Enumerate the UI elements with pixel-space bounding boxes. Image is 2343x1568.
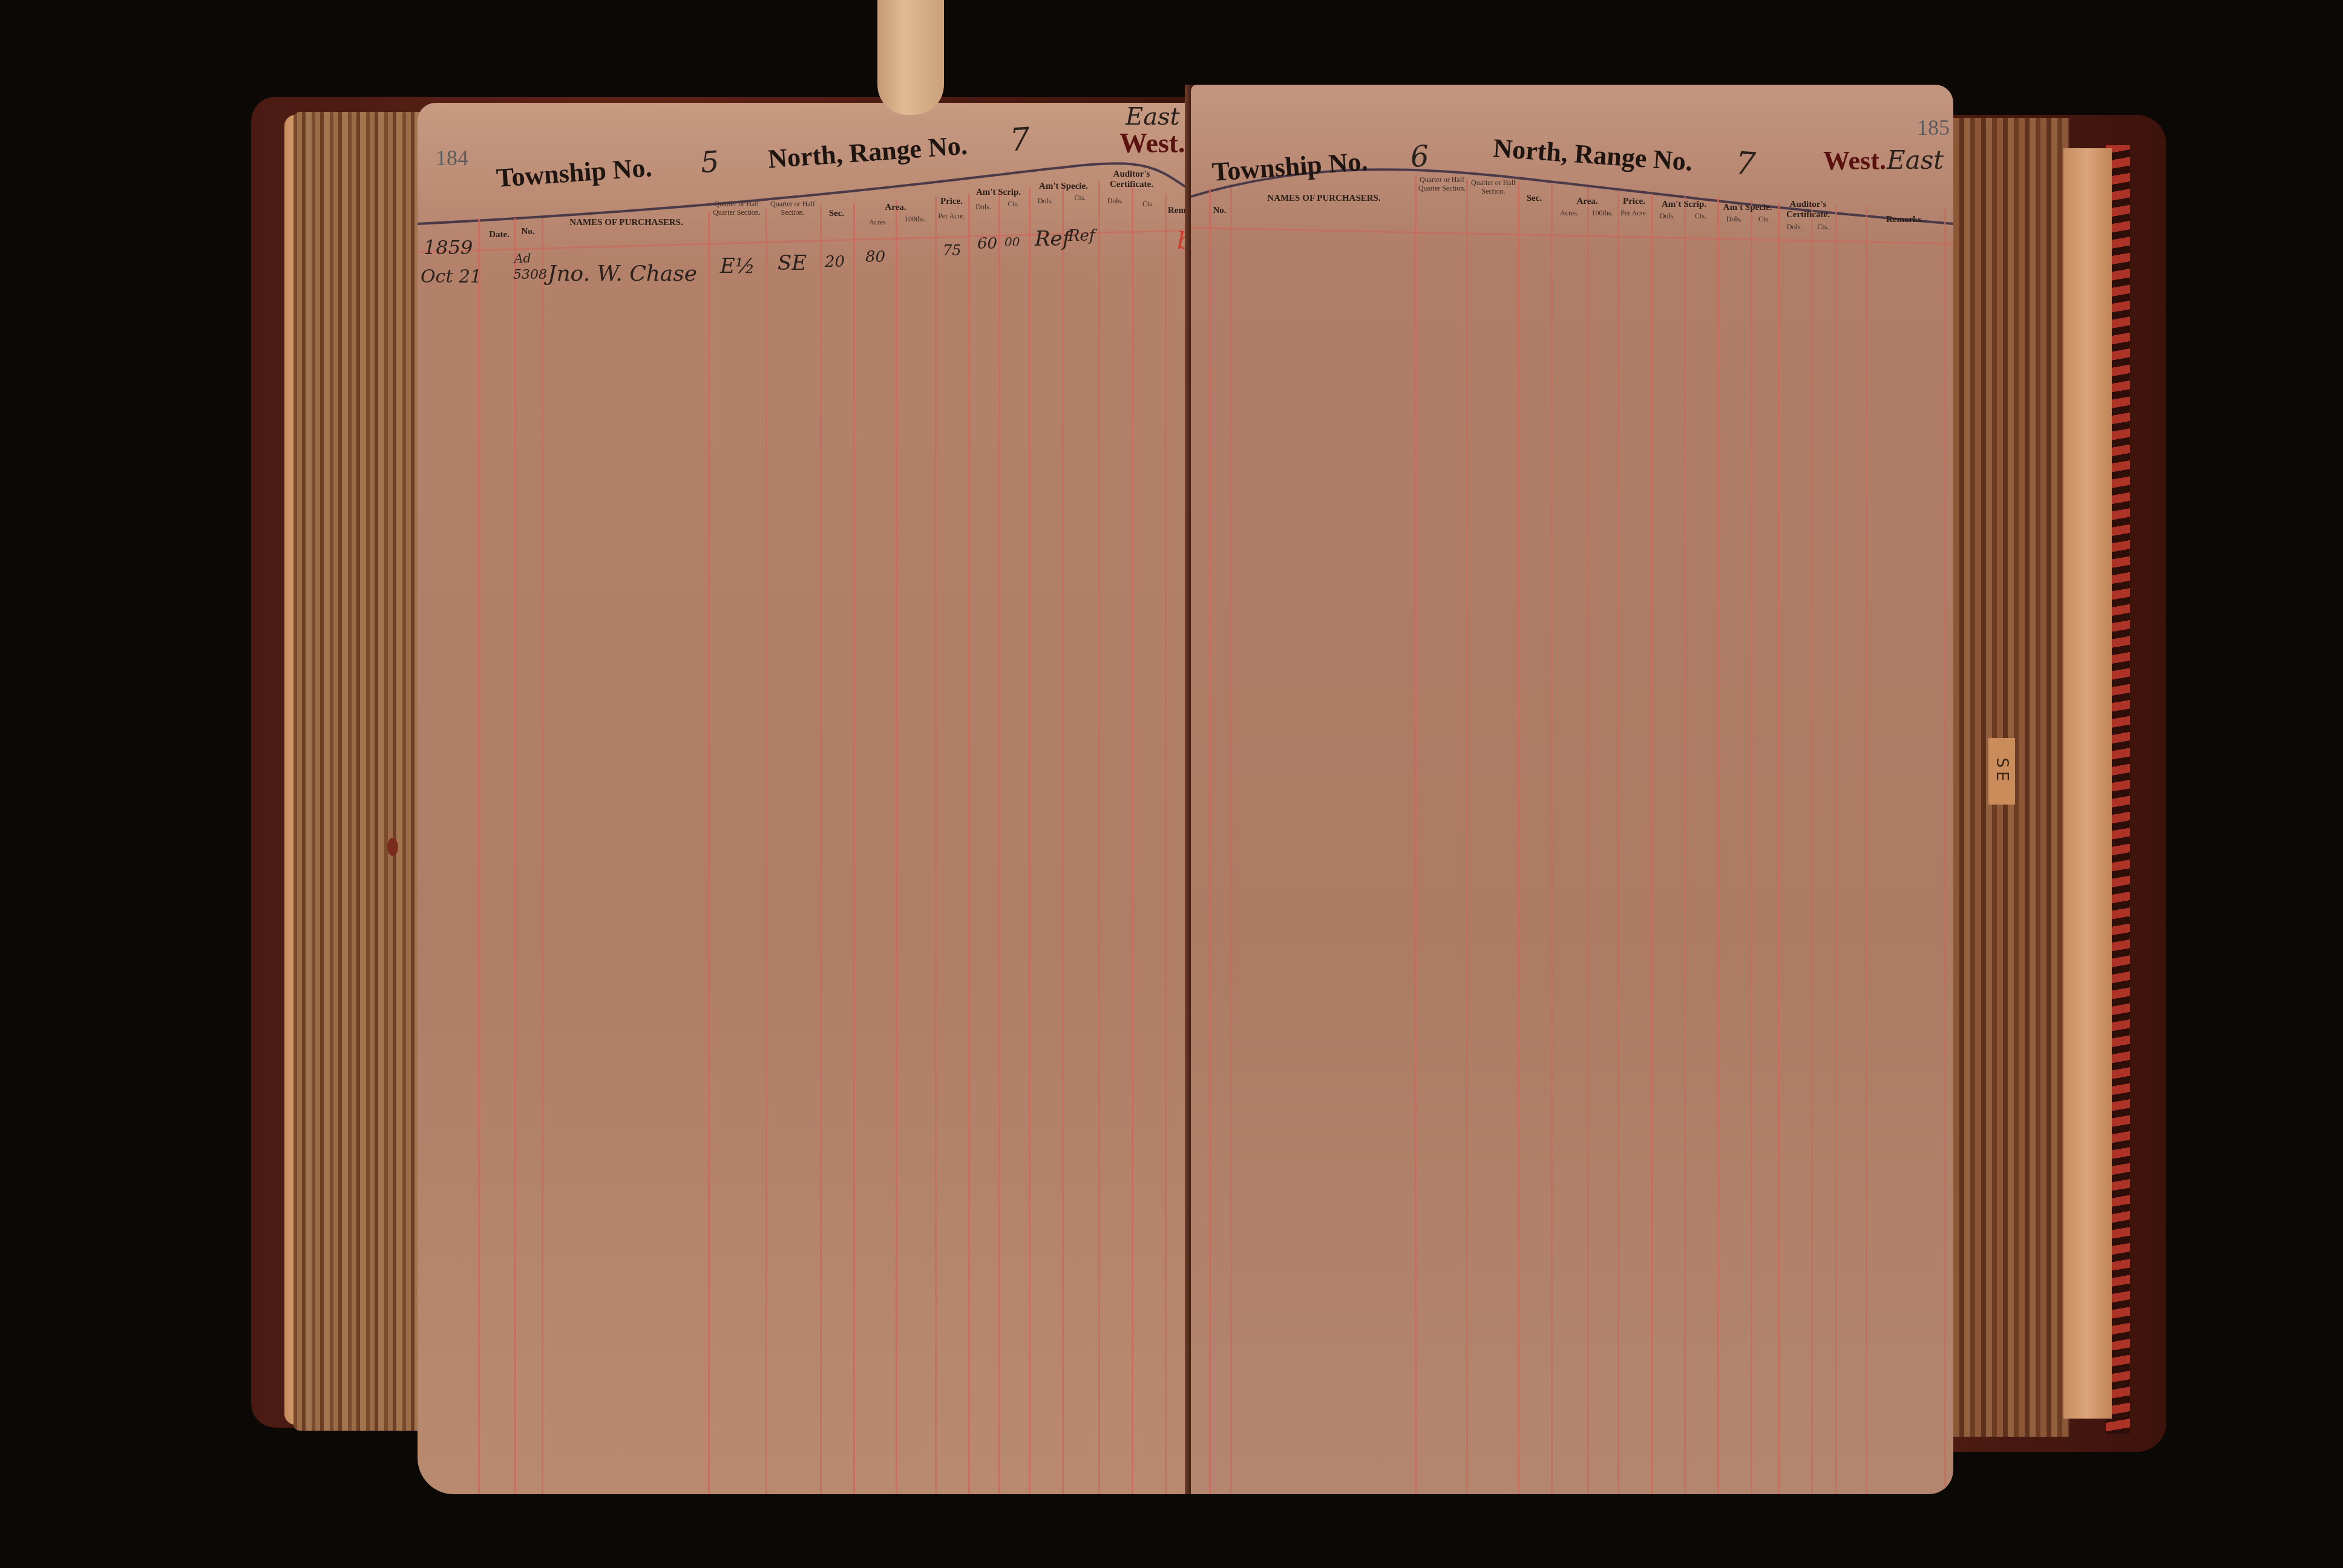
col-area: Area. (1554, 197, 1620, 207)
col-price-per-acre: Per Acre. (1617, 209, 1651, 217)
col-area-100ths: 100ths. (1587, 209, 1617, 217)
column-rule (478, 218, 480, 1494)
col-price: Price. (1617, 197, 1651, 207)
col-price: Price. (935, 197, 968, 207)
col-scrip-cts: Cts. (1684, 212, 1717, 220)
column-rule (1029, 188, 1031, 1494)
col-auditor-certificate: Auditor's Certificate. (1781, 200, 1835, 220)
column-rule (935, 197, 937, 1494)
col-specie-dols: Dols. (1029, 197, 1062, 205)
col-purchaser: NAMES OF PURCHASERS. (1236, 194, 1412, 204)
col-sec: Sec. (1518, 194, 1551, 204)
column-rule (1778, 203, 1780, 1494)
column-rule (1717, 197, 1719, 1494)
col-specie-cts: Cts. (1062, 194, 1098, 202)
page-number: 184 (436, 145, 468, 171)
col-quarter-half-quarter: Quarter or Half Quarter Section. (711, 200, 762, 217)
col-auditor-dols: Dols. (1098, 197, 1132, 205)
index-tab-label: SE (1993, 758, 2011, 785)
column-rule (1466, 178, 1468, 1494)
col-remarks: Remarks. (1869, 215, 1941, 225)
entry-purchaser: Jno. W. Chase (548, 261, 697, 286)
entry-acres: 80 (865, 248, 885, 266)
col-area: Area. (862, 203, 929, 213)
column-rule (1617, 191, 1619, 1494)
column-rule (1415, 175, 1417, 1494)
column-rule (1165, 194, 1167, 1494)
entry-section: 20 (825, 253, 845, 271)
entry-quarter-half-quarter: E½ (720, 254, 755, 278)
township-number: 5 (700, 145, 720, 180)
index-tab-se[interactable]: SE (1988, 738, 2015, 805)
right-endpaper (2063, 148, 2112, 1419)
col-area-acres: Acres. (1553, 209, 1586, 217)
column-rule (1684, 197, 1686, 1494)
column-rule (1132, 188, 1133, 1494)
page-number: 185 (1917, 115, 1950, 140)
entry-scrip-cts: 00 (1004, 235, 1020, 249)
column-rule (968, 194, 970, 1494)
col-quarter-half-quarter: Quarter or Half Quarter Section. (1418, 175, 1466, 192)
entry-specie-dols: Ref (1035, 227, 1070, 251)
col-no: No. (1209, 206, 1230, 216)
column-rule (1751, 200, 1752, 1494)
column-rule (542, 218, 543, 1494)
column-rule (514, 218, 516, 1494)
entry-date: Oct 21 (421, 266, 482, 287)
column-rule (896, 200, 897, 1494)
col-auditor-certificate: Auditor's Certificate. (1098, 169, 1165, 190)
col-specie-cts: Cts. (1751, 215, 1778, 223)
right-ledger-page: 185 Township No. 6 North, Range No. 7 We… (1191, 85, 1953, 1494)
col-auditor-cts: Cts. (1132, 200, 1165, 208)
column-rule (1835, 206, 1837, 1494)
col-quarter-half: Quarter or Half Section. (1469, 178, 1518, 195)
column-rule (1518, 181, 1519, 1494)
col-sec: Sec. (820, 209, 853, 219)
column-rule (1062, 185, 1064, 1494)
col-price-per-acre: Per Acre. (935, 212, 968, 220)
col-specie-dols: Dols. (1717, 215, 1751, 223)
direction-west: West. (1119, 127, 1185, 159)
direction-west: West. (1823, 145, 1886, 176)
bookmark-ribbon[interactable] (877, 0, 944, 115)
column-rule (1209, 188, 1211, 1494)
col-date: Date. (484, 230, 514, 240)
entry-scrip-dols: 60 (977, 235, 997, 253)
column-rule (820, 206, 822, 1494)
col-scrip: Am't Scrip. (968, 188, 1029, 198)
column-rule (1551, 185, 1553, 1494)
entry-number-prefix: Ad (514, 251, 531, 266)
col-area-100ths: 100ths. (896, 215, 935, 223)
direction-handwritten: East (1887, 145, 1944, 175)
col-specie: Am't Specie. (1029, 181, 1098, 192)
column-rule (765, 209, 767, 1494)
col-scrip-dols: Dols. (968, 203, 998, 211)
col-area-acres: Acres (859, 218, 896, 226)
range-number: 7 (1734, 145, 1757, 183)
column-rule (1230, 188, 1232, 1494)
column-rule (1811, 203, 1813, 1494)
col-scrip-dols: Dols. (1651, 212, 1684, 220)
entry-price-per-acre: 75 (943, 242, 962, 259)
col-auditor-dols: Dols. (1781, 223, 1808, 231)
col-scrip-cts: Cts. (998, 200, 1029, 208)
column-rule (1651, 194, 1653, 1494)
col-specie: Am't Specie. (1717, 203, 1778, 213)
column-rule (853, 203, 855, 1494)
township-number: 6 (1409, 139, 1430, 174)
col-quarter-half: Quarter or Half Section. (768, 200, 817, 217)
entry-specie-cts: Ref (1068, 227, 1095, 245)
column-rule (1587, 188, 1589, 1494)
entry-year: 1859 (424, 236, 473, 259)
column-rule (708, 212, 710, 1494)
column-rule (1098, 181, 1100, 1494)
col-scrip: Am't Scrip. (1651, 200, 1717, 210)
entry-quarter-half: SE (778, 251, 807, 275)
column-rule (1944, 209, 1946, 1494)
column-rule (1866, 206, 1867, 1494)
col-no: No. (514, 227, 542, 237)
col-auditor-cts: Cts. (1811, 223, 1835, 231)
col-purchaser: NAMES OF PURCHASERS. (548, 218, 705, 228)
entry-number: 5308 (513, 267, 547, 283)
paper-stain (387, 838, 398, 856)
direction-handwritten: East (1126, 103, 1180, 131)
left-ledger-page: 184 Township No. 5 North, Range No. 7 We… (418, 103, 1195, 1494)
range-number: 7 (1009, 121, 1031, 158)
column-rule (998, 191, 1000, 1494)
